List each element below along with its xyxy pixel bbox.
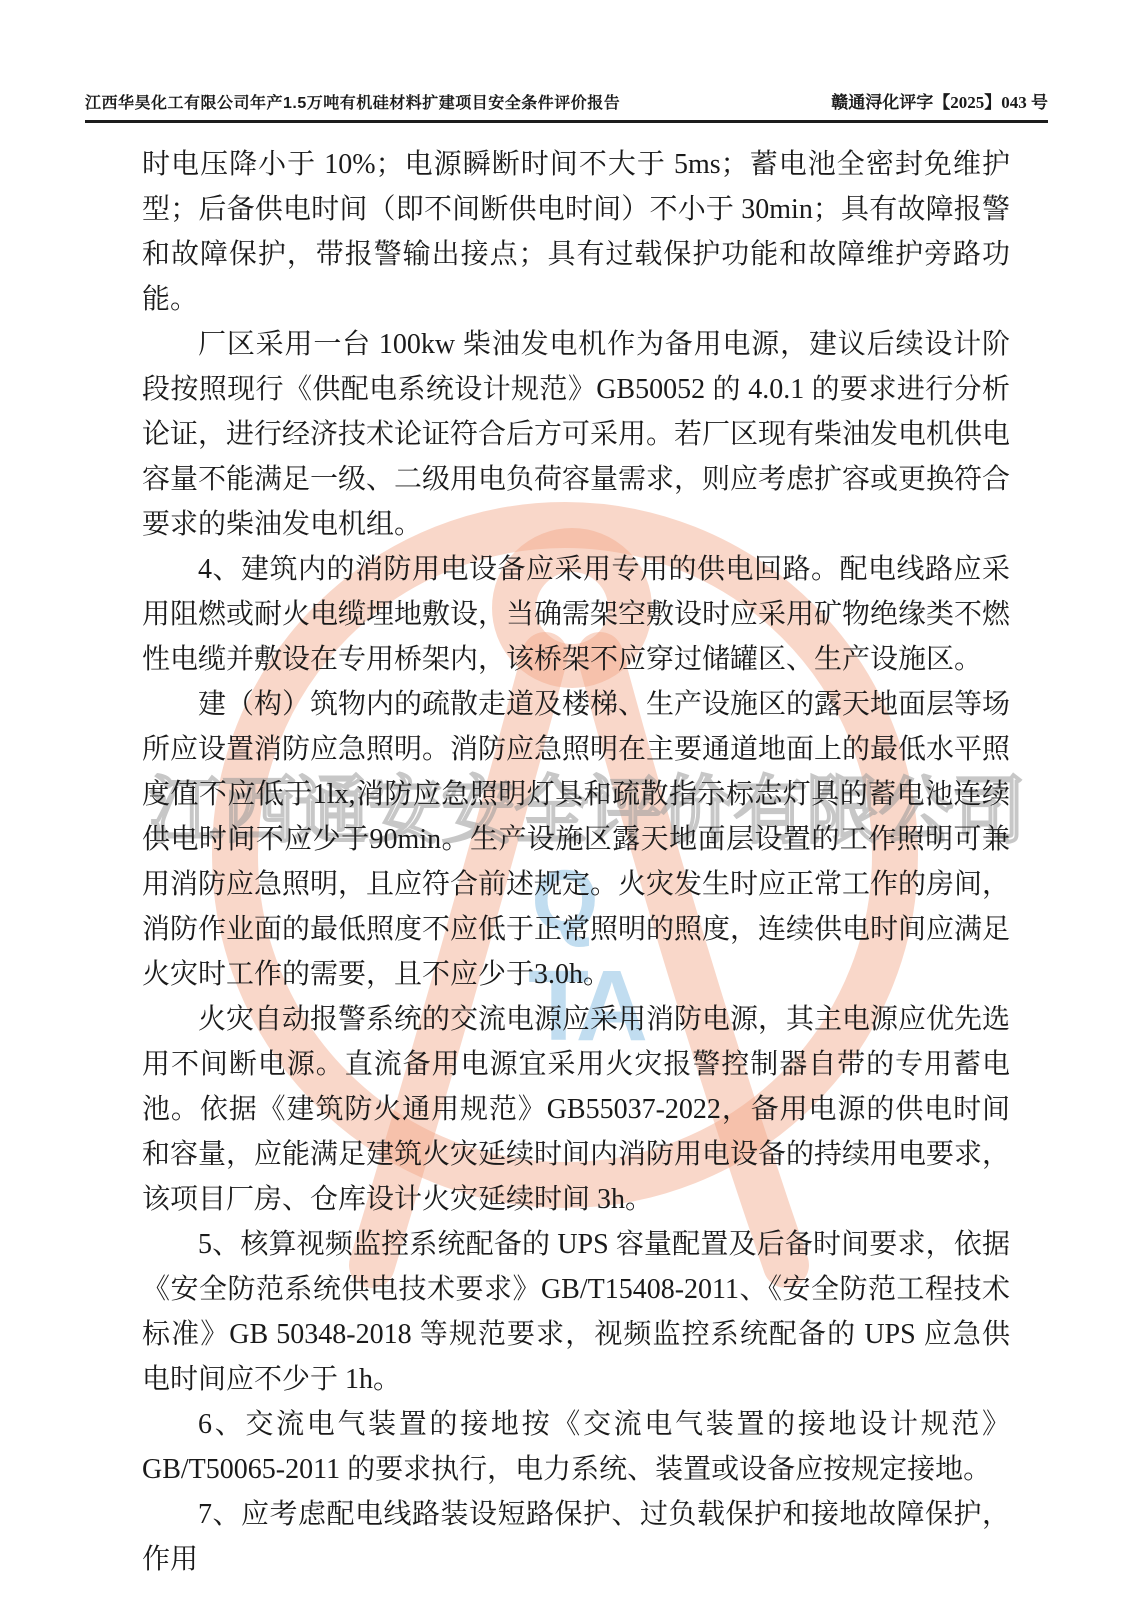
- paragraph: 6、交流电气装置的接地按《交流电气装置的接地设计规范》GB/T50065-201…: [142, 1402, 1010, 1492]
- header-report-title: 江西华昊化工有限公司年产1.5万吨有机硅材料扩建项目安全条件评价报告: [85, 90, 620, 113]
- paragraph: 火灾自动报警系统的交流电源应采用消防电源，其主电源应优先选用不间断电源。直流备用…: [142, 997, 1010, 1222]
- paragraph: 7、应考虑配电线路装设短路保护、过负载保护和接地故障保护，作用: [142, 1492, 1010, 1582]
- paragraph: 5、核算视频监控系统配备的 UPS 容量配置及后备时间要求，依据《安全防范系统供…: [142, 1222, 1010, 1402]
- paragraph: 厂区采用一台 100kw 柴油发电机作为备用电源，建议后续设计阶段按照现行《供配…: [142, 322, 1010, 547]
- paragraph: 4、建筑内的消防用电设备应采用专用的供电回路。配电线路应采用阻燃或耐火电缆埋地敷…: [142, 547, 1010, 682]
- document-page: Q TA 江西通安安全评价有限公司 江西华昊化工有限公司年产1.5万吨有机硅材料…: [0, 0, 1131, 1600]
- paragraph: 建（构）筑物内的疏散走道及楼梯、生产设施区的露天地面层等场所应设置消防应急照明。…: [142, 682, 1010, 997]
- document-body: 时电压降小于 10%；电源瞬断时间不大于 5ms；蓄电池全密封免维护型；后备供电…: [142, 142, 1010, 1582]
- header-doc-number: 赣通浔化评字【2025】043 号: [831, 88, 1048, 113]
- paragraph: 时电压降小于 10%；电源瞬断时间不大于 5ms；蓄电池全密封免维护型；后备供电…: [142, 142, 1010, 322]
- page-header: 江西华昊化工有限公司年产1.5万吨有机硅材料扩建项目安全条件评价报告 赣通浔化评…: [85, 88, 1048, 123]
